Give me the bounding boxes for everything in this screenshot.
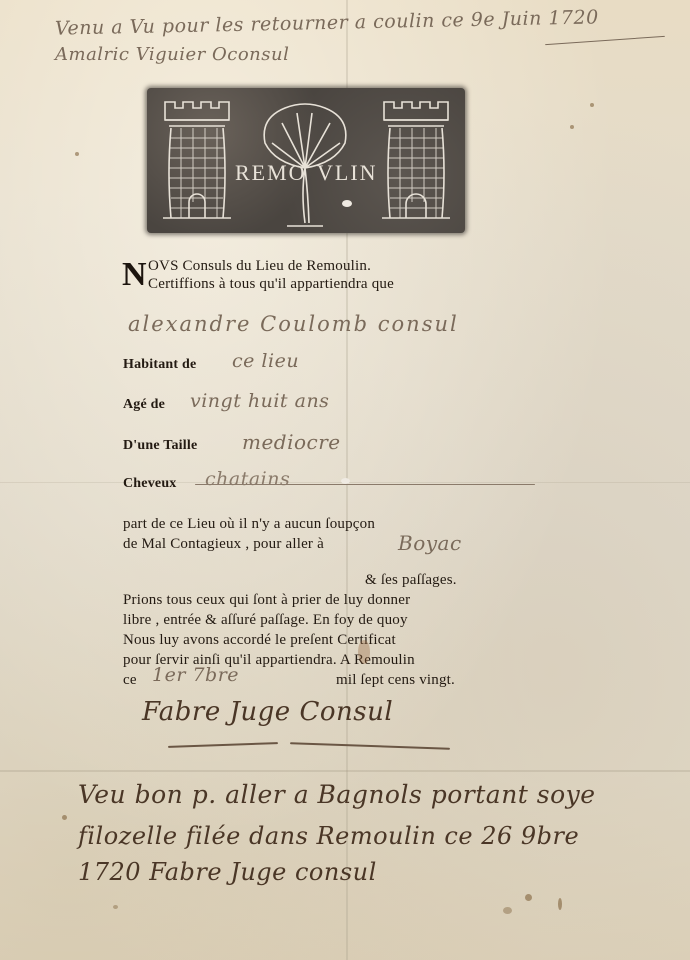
bottom-annotation-line1: Veu bon p. aller a Bagnols portant soye	[78, 780, 596, 809]
stamp-text-right: VLIN	[317, 160, 378, 186]
bearer-name: alexandre Coulomb consul	[128, 312, 459, 336]
paper-hole	[342, 200, 352, 207]
tower-left-icon	[159, 98, 234, 224]
ink-speck	[590, 103, 594, 107]
remoulin-woodcut-stamp: REMO VLIN	[147, 88, 465, 233]
field-label-habitant: Habitant de	[123, 357, 196, 373]
ink-speck	[525, 894, 532, 901]
ink-speck	[62, 815, 67, 820]
fold-crease-horizontal	[0, 770, 690, 772]
field-label-taille: D'une Taille	[123, 438, 197, 454]
ink-speck	[558, 898, 562, 910]
ink-speck	[570, 125, 574, 129]
field-value-habitant: ce lieu	[232, 350, 299, 372]
signature: Fabre Juge Consul	[142, 697, 393, 727]
body-line6: Nous luy avons accordé le preſent Certif…	[123, 632, 396, 649]
field-label-cheveux: Cheveux	[123, 476, 177, 492]
tower-right-icon	[378, 98, 453, 224]
field-value-cheveux: chatains	[205, 468, 290, 490]
stamp-text-left: REMO	[235, 160, 307, 186]
header-line1: OVS Consuls du Lieu de Remoulin.	[148, 258, 371, 275]
body-line4: Prions tous ceux qui ſont à prier de luy…	[123, 592, 410, 609]
field-value-taille: mediocre	[242, 430, 341, 454]
top-annotation-line2: Amalric Viguier Oconsul	[55, 44, 289, 65]
body-line3: & ſes paſſages.	[365, 572, 457, 589]
paper-hole-2	[341, 478, 350, 484]
ink-stain	[358, 640, 370, 664]
destination: Boyac	[398, 531, 462, 555]
body-line1: part de ce Lieu où il n'y a aucun ſoupço…	[123, 516, 375, 533]
bottom-annotation-line3: 1720 Fabre Juge consul	[78, 858, 377, 886]
date-prefix: ce	[123, 672, 137, 689]
header-line2: Certiffions à tous qu'il appartiendra qu…	[148, 276, 394, 293]
ink-speck	[75, 152, 79, 156]
ink-speck	[113, 905, 118, 909]
field-label-age: Agé de	[123, 397, 165, 413]
body-line2: de Mal Contagieux , pour aller à	[123, 536, 324, 553]
year-printed: mil ſept cens vingt.	[336, 672, 455, 689]
ink-speck	[503, 907, 512, 914]
bottom-annotation-line2: filozelle filée dans Remoulin ce 26 9bre	[78, 822, 579, 850]
field-value-age: vingt huit ans	[190, 390, 329, 412]
body-line5: libre , entrée & aſſuré paſſage. En foy …	[123, 612, 408, 629]
dropcap-letter: N	[122, 256, 147, 294]
date-handwritten: 1er 7bre	[152, 664, 239, 686]
cheveux-rule	[195, 484, 535, 485]
